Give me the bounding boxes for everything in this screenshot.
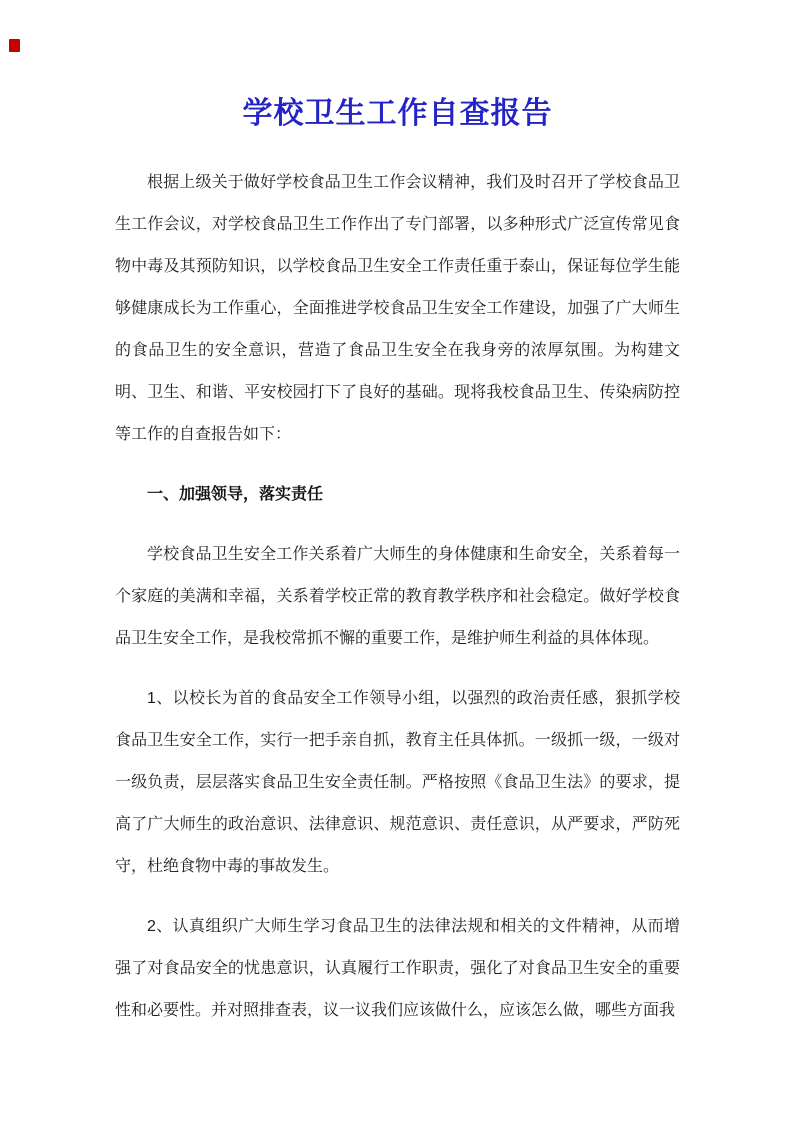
section-heading-1: 一、加强领导，落实责任 (115, 474, 680, 516)
document-content: 学校卫生工作自查报告 根据上级关于做好学校食品卫生工作会议精神，我们及时召开了学… (0, 0, 793, 1032)
document-title: 学校卫生工作自查报告 (115, 92, 680, 136)
paragraph-item-2: 2、认真组织广大师生学习食品卫生的法律法规和相关的文件精神，从而增强了对食品安全… (115, 906, 680, 1032)
document-page: 学校卫生工作自查报告 根据上级关于做好学校食品卫生工作会议精神，我们及时召开了学… (0, 0, 793, 1122)
paragraph-intro: 根据上级关于做好学校食品卫生工作会议精神，我们及时召开了学校食品卫生工作会议，对… (115, 162, 680, 456)
paragraph-item-1: 1、以校长为首的食品安全工作领导小组，以强烈的政治责任感，狠抓学校食品卫生安全工… (115, 678, 680, 888)
red-annotation-mark (9, 39, 20, 52)
paragraph-section1-overview: 学校食品卫生安全工作关系着广大师生的身体健康和生命安全，关系着每一个家庭的美满和… (115, 534, 680, 660)
